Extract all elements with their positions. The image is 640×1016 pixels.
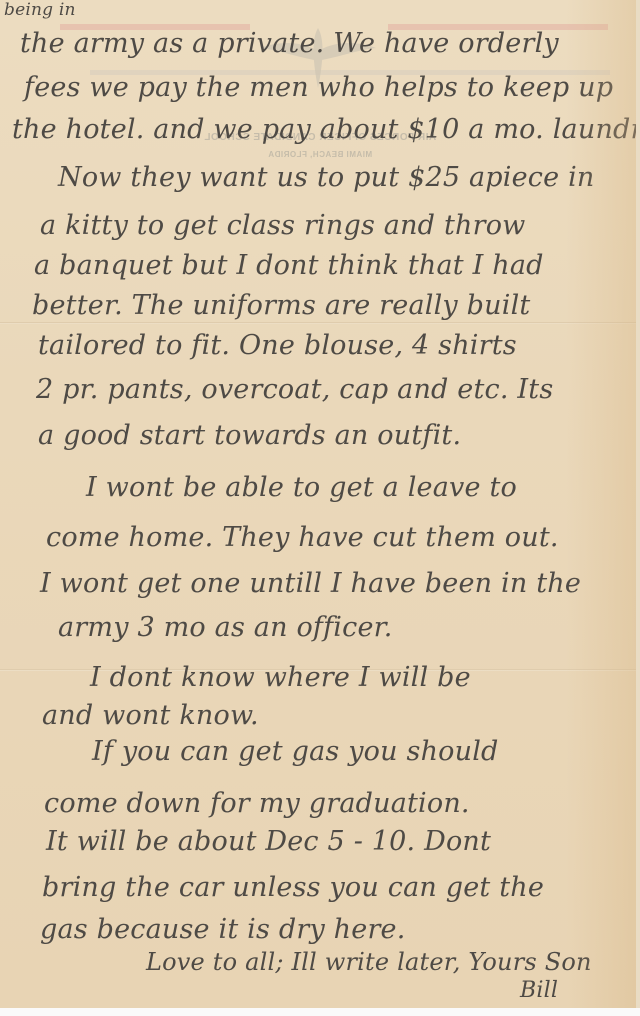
letter-line: army 3 mo as an officer. xyxy=(58,612,393,643)
letter-line: I wont get one untill I have been in the xyxy=(40,568,581,599)
scan-edge xyxy=(0,1008,640,1016)
letter-line: the hotel. and we pay about $10 a mo. la… xyxy=(12,114,636,145)
letter-line: a good start towards an outfit. xyxy=(38,420,461,451)
letter-line: gas because it is dry here. xyxy=(40,914,406,945)
letter-line: better. The uniforms are really built xyxy=(32,290,530,321)
letter-line: If you can get gas you should xyxy=(92,736,499,767)
letter-line: 2 pr. pants, overcoat, cap and etc. Its xyxy=(36,374,553,405)
letter-line: I wont be able to get a leave to xyxy=(86,472,517,503)
insertion-note: being in xyxy=(4,0,76,20)
letter-line: a kitty to get class rings and throw xyxy=(40,210,525,241)
letter-line: bring the car unless you can get the xyxy=(42,872,544,903)
letter-page: AIR FORCES OFFICER CANDIDATE SCHOOL MIAM… xyxy=(0,0,636,1008)
letter-line: come home. They have cut them out. xyxy=(46,522,559,553)
letter-line: the army as a private. We have orderly xyxy=(20,28,559,59)
letter-line: come down for my graduation. xyxy=(44,788,470,819)
letter-line: Now they want us to put $25 apiece in xyxy=(58,162,595,193)
letter-line: a banquet but I dont think that I had xyxy=(34,250,544,281)
letter-closing: Love to all; Ill write later, Yours Son xyxy=(146,948,592,976)
letter-line: and wont know. xyxy=(42,700,259,731)
letter-signature: Bill xyxy=(520,978,558,1003)
letter-line: It will be about Dec 5 - 10. Dont xyxy=(46,826,491,857)
letterhead-location: MIAMI BEACH, FLORIDA xyxy=(0,150,636,159)
letter-line: fees we pay the men who helps to keep up xyxy=(24,72,613,103)
letter-line: I dont know where I will be xyxy=(90,662,471,693)
letter-line: tailored to fit. One blouse, 4 shirts xyxy=(38,330,517,361)
fold-line xyxy=(0,322,636,324)
